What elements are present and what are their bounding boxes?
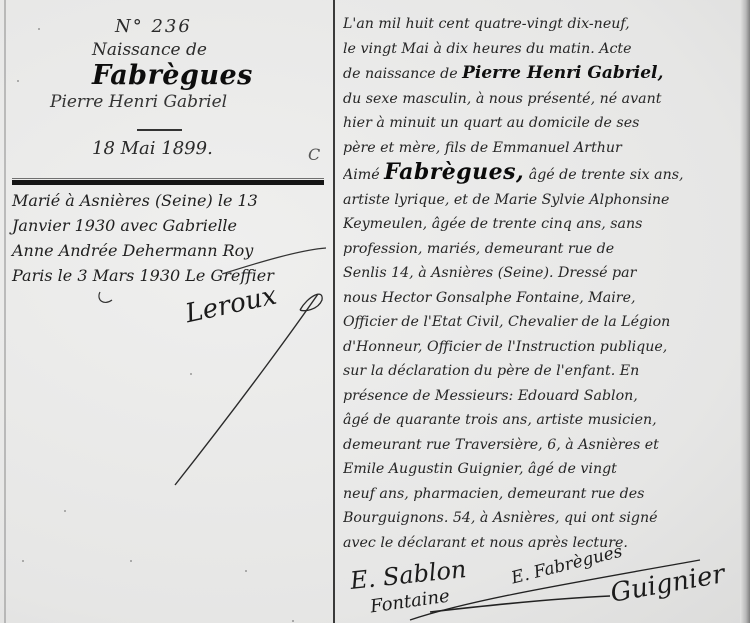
margin-date: 18 Mai 1899. (92, 138, 213, 159)
record-type: Naissance de (92, 40, 207, 60)
paper-speck (190, 373, 192, 375)
paper-speck (22, 560, 24, 562)
body-line: présence de Messieurs: Edouard Sablon, (343, 384, 743, 409)
margin-given-names: Pierre Henri Gabriel (50, 92, 227, 112)
register-page: N° 236 Naissance de Fabrègues Pierre Hen… (0, 0, 750, 623)
body-line: Emile Augustin Guignier, âgé de vingt (343, 457, 743, 482)
body-line: Senlis 14, à Asnières (Seine). Dressé pa… (343, 261, 743, 286)
body-line: avec le déclarant et nous après lecture. (343, 531, 743, 556)
signature-block: E. Sablon Fontaine E. Fabrègues Guignier (340, 555, 740, 623)
paper-speck (17, 80, 19, 82)
body-line: nous Hector Gonsalphe Fontaine, Maire, (343, 286, 743, 311)
marginal-line: Janvier 1930 avec Gabrielle (12, 213, 332, 238)
father-age: âgé de trente six ans, (529, 167, 684, 183)
paper-speck (64, 510, 66, 512)
marginal-annotation: Marié à Asnières (Seine) le 13 Janvier 1… (12, 188, 332, 288)
body-line-text: de naissance de (343, 66, 458, 82)
marginal-line: Paris le 3 Mars 1930 Le Greffier (12, 263, 332, 288)
body-line: sur la déclaration du père de l'enfant. … (343, 359, 743, 384)
section-rule-thick (12, 180, 324, 185)
body-line: âgé de quarante trois ans, artiste music… (343, 408, 743, 433)
greffier-signature: Leroux (183, 281, 279, 330)
body-line: du sexe masculin, à nous présenté, né av… (343, 87, 743, 112)
child-name: Pierre Henri Gabriel, (462, 63, 663, 83)
margin-surname: Fabrègues (92, 60, 253, 91)
body-line: Bourguignons. 54, à Asnières, qui ont si… (343, 506, 743, 531)
marginal-line: Marié à Asnières (Seine) le 13 (12, 188, 332, 213)
body-line: d'Honneur, Officier de l'Instruction pub… (343, 335, 743, 360)
column-divider (333, 0, 335, 623)
signature-guignier: Guignier (608, 559, 727, 609)
body-line: profession, mariés, demeurant rue de (343, 237, 743, 262)
body-line: Officier de l'Etat Civil, Chevalier de l… (343, 310, 743, 335)
section-rule-thin (12, 178, 324, 179)
body-line: demeurant rue Traversière, 6, à Asnières… (343, 433, 743, 458)
paper-speck (130, 560, 132, 562)
margin-mark: C (308, 145, 320, 164)
marginal-line: Anne Andrée Dehermann Roy (12, 238, 332, 263)
paper-speck (292, 620, 294, 622)
body-line: hier à minuit un quart au domicile de se… (343, 111, 743, 136)
body-line: de naissance de Pierre Henri Gabriel, (343, 61, 743, 87)
body-line: le vingt Mai à dix heures du matin. Acte (343, 37, 743, 62)
body-line: père et mère, fils de Emmanuel Arthur (343, 136, 743, 161)
certificate-body: L'an mil huit cent quatre-vingt dix-neuf… (343, 12, 743, 555)
page-left-edge (4, 0, 6, 623)
body-line: Keymeulen, âgée de trente cinq ans, sans (343, 212, 743, 237)
entry-number: N° 236 (115, 16, 192, 37)
signature-sablon: E. Sablon (349, 555, 468, 595)
body-line: Aimé Fabrègues, âgé de trente six ans, (343, 160, 743, 188)
paper-speck (38, 28, 40, 30)
body-line: artiste lyrique, et de Marie Sylvie Alph… (343, 188, 743, 213)
father-surname: Fabrègues, (384, 160, 524, 185)
paper-speck (245, 570, 247, 572)
body-line: L'an mil huit cent quatre-vingt dix-neuf… (343, 12, 743, 37)
header-short-rule (137, 129, 182, 131)
body-line: neuf ans, pharmacien, demeurant rue des (343, 482, 743, 507)
body-line-text: Aimé (343, 167, 380, 183)
